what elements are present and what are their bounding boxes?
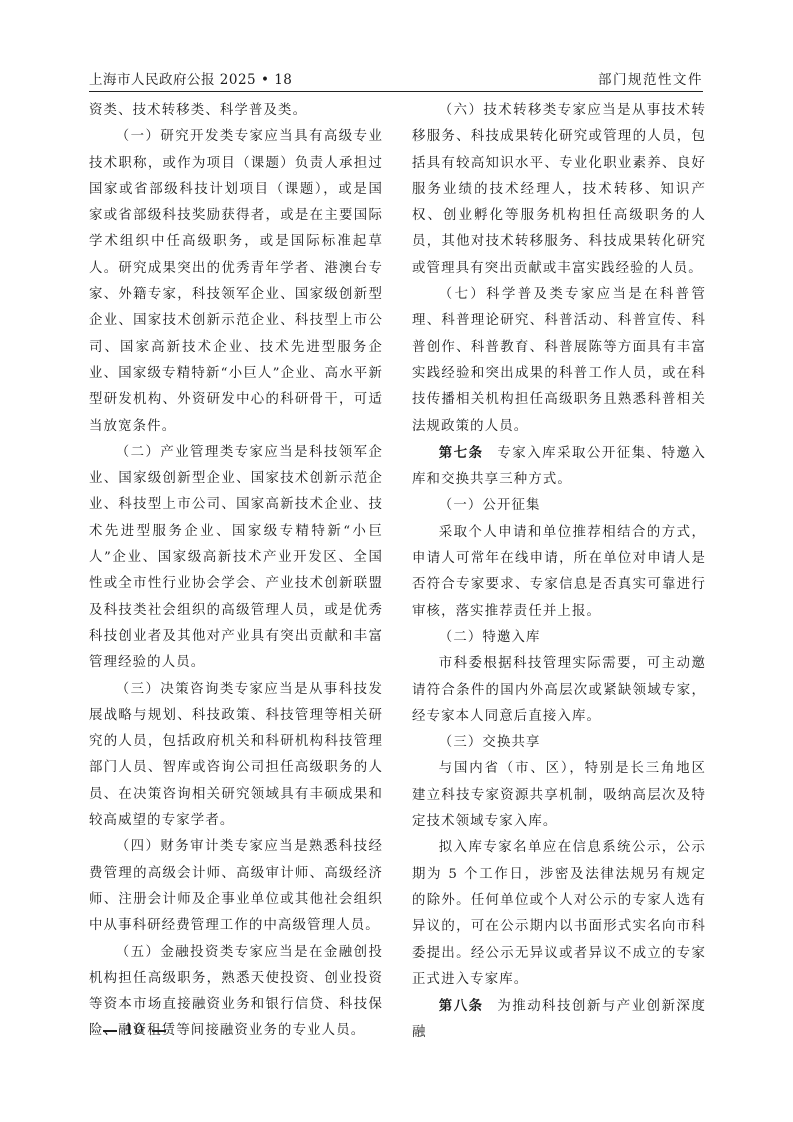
paragraph: （三）决策咨询类专家应当是从事科技发展战略与规划、科技政策、科技管理等相关研究的… — [89, 677, 383, 835]
subheading: （一）公开征集 — [412, 493, 706, 519]
article-number: 第七条 — [439, 445, 484, 461]
subheading: （三）交换共享 — [412, 730, 706, 756]
publication-title: 上海市人民政府公报 2025 • 18 — [89, 68, 292, 88]
article-paragraph: 第八条为推动科技创新与产业创新深度融 — [412, 993, 706, 1047]
subheading: （二）特邀入库 — [412, 625, 706, 651]
paragraph: 拟入库专家名单应在信息系统公示，公示期为 5 个工作日，涉密及法律法规另有规定的… — [412, 835, 706, 993]
page-number-text: 10 — [125, 1022, 144, 1038]
paragraph: 与国内省（市、区），特别是长三角地区建立科技专家资源共享机制，吸纳高层次及特定技… — [412, 756, 706, 835]
header-rule — [89, 91, 703, 92]
dash-right — [152, 1030, 166, 1032]
section-title: 部门规范性文件 — [598, 68, 703, 88]
paragraph: （一）研究开发类专家应当具有高级专业技术职称，或作为项目（课题）负责人承担过国家… — [89, 124, 383, 440]
running-header: 上海市人民政府公报 2025 • 18 部门规范性文件 — [89, 68, 703, 90]
paragraph: （二）产业管理类专家应当是科技领军企业、国家级创新型企业、国家技术创新示范企业、… — [89, 440, 383, 677]
paragraph: 资类、技术转移类、科学普及类。 — [89, 98, 383, 124]
paragraph: （七）科学普及类专家应当是在科普管理、科普理论研究、科普活动、科普宣传、科普创作… — [412, 282, 706, 440]
paragraph: 市科委根据科技管理实际需要，可主动邀请符合条件的国内外高层次或紧缺领域专家，经专… — [412, 651, 706, 730]
paragraph: （四）财务审计类专家应当是熟悉科技经费管理的高级会计师、高级审计师、高级经济师、… — [89, 834, 383, 939]
paragraph: 采取个人申请和单位推荐相结合的方式，申请人可常年在线申请，所在单位对申请人是否符… — [412, 520, 706, 625]
left-column: 资类、技术转移类、科学普及类。 （一）研究开发类专家应当具有高级专业技术职称，或… — [89, 98, 383, 1045]
article-paragraph: 第七条专家入库采取公开征集、特邀入库和交换共享三种方式。 — [412, 440, 706, 494]
paragraph: （六）技术转移类专家应当是从事技术转移服务、科技成果转化研究或管理的人员，包括具… — [412, 98, 706, 282]
right-column: （六）技术转移类专家应当是从事技术转移服务、科技成果转化研究或管理的人员，包括具… — [412, 98, 706, 1047]
article-number: 第八条 — [439, 998, 484, 1014]
page-number: 10 — [95, 1022, 174, 1038]
dash-left — [103, 1030, 117, 1032]
